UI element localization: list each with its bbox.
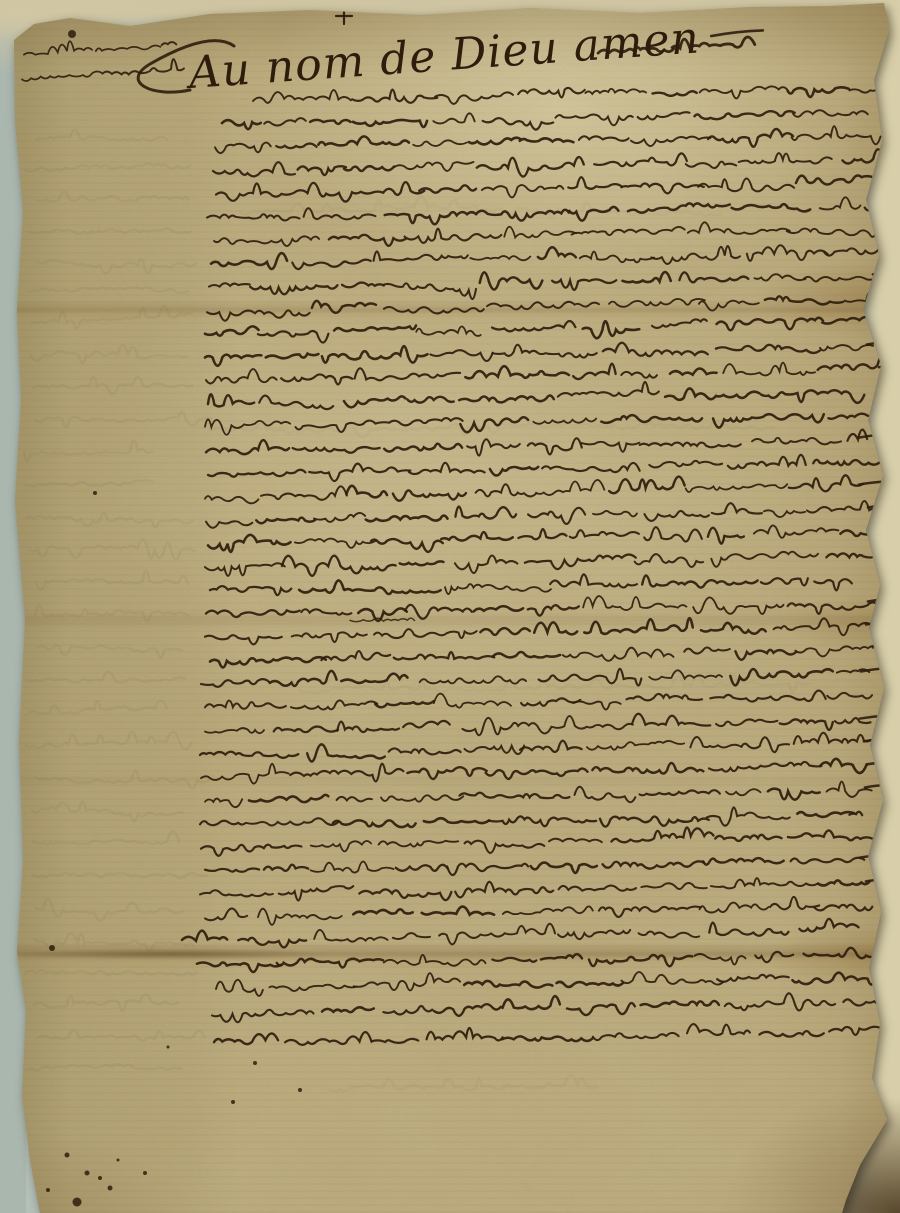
- ink-spots: [46, 30, 302, 1207]
- manuscript-body-lines: [182, 81, 900, 1048]
- ink-layer: Au nom de Dieu amen: [0, 0, 900, 1213]
- manuscript-scan: Au nom de Dieu amen: [0, 0, 900, 1213]
- invocation-heading-text: Au nom de Dieu amen: [183, 12, 701, 99]
- invocation-heading: Au nom de Dieu amen: [138, 12, 764, 99]
